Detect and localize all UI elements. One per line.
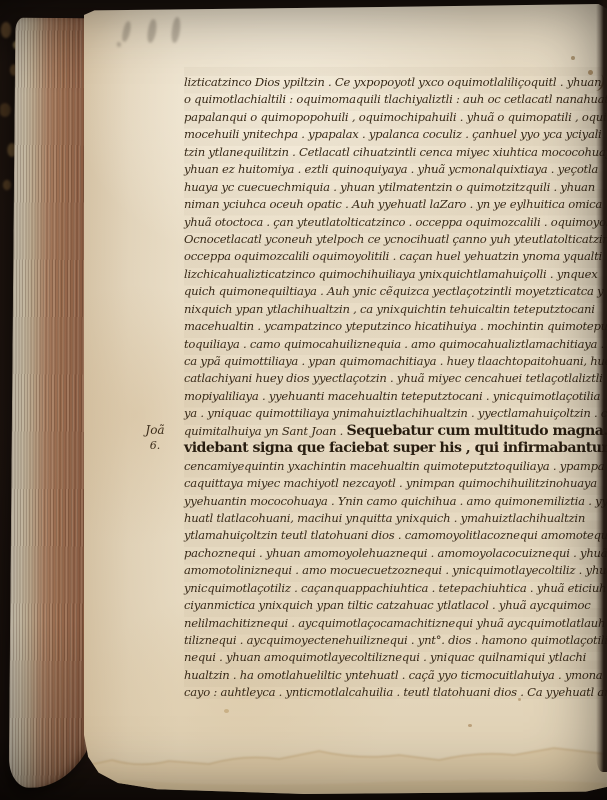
- manuscript-line: nixquich ypan ytlachihualtzin , ca ynixq…: [184, 298, 607, 315]
- manuscript-line: nelilmachitiznequi . aycquimotlaçocamach…: [184, 612, 607, 629]
- manuscript-line: cayo : auhtleyca . ynticmotlalcahuilia .…: [184, 681, 607, 698]
- nahuatl-text-segment: ynicquimotlaçotiliz . caçanquappachiuhti…: [184, 581, 607, 595]
- manuscript-line: o quimotlachialtili : oquimomaquili tlac…: [184, 88, 607, 105]
- nahuatl-text-segment: mopiyaliliaya . yyehuanti macehualtin te…: [184, 389, 600, 403]
- manuscript-line: catlachiyani huey dios yyectlaçotzin . y…: [184, 367, 607, 384]
- page-curl-shadow: [596, 0, 607, 772]
- manuscript-line: mopiyaliliaya . yyehuanti macehualtin te…: [184, 385, 607, 402]
- margin-note-number: 6.: [132, 438, 178, 453]
- foxing-speck: [468, 724, 472, 727]
- nahuatl-text-segment: amomotoliniznequi . amo mocuecuetzoznequ…: [184, 563, 607, 577]
- nahuatl-text-segment: hualtzin . ha omotlahueliltic yntehuatl …: [184, 668, 602, 682]
- nahuatl-text-segment: cencamiyequintin yxachintin macehualtin …: [184, 459, 604, 473]
- manuscript-line: yyehuantin mococohuaya . Ynin camo quich…: [184, 490, 607, 507]
- nahuatl-text-segment: quimitalhuiya yn Sant Joan .: [184, 424, 347, 438]
- nahuatl-text-segment: tzin ytlanequilitzin . Cetlacatl cihuatz…: [184, 145, 607, 159]
- nahuatl-text-segment: lizticatzinco Dios ypiltzin . Ce yxpopoy…: [184, 75, 601, 89]
- nahuatl-text-segment: huaya yc cuecuechmiquia . yhuan ytilmate…: [184, 180, 595, 194]
- manuscript-line: nequi . yhuan amoquimotlayecoltiliznequi…: [184, 646, 607, 663]
- manuscript-page: Joã 6. lizticatzinco Dios ypiltzin . Ce …: [84, 4, 607, 794]
- nahuatl-text-segment: Ocnocetlacatl yconeuh ytelpoch ce ycnoci…: [184, 232, 607, 246]
- nahuatl-text-segment: yhuã otoctoca . çan yteutlatolticatzinco…: [184, 215, 607, 229]
- manuscript-line: yhuan ez huitomiya . eztli quinoquiyaya …: [184, 158, 607, 175]
- manuscript-line: occeppa oquimozcalili oquimoyolitili . c…: [184, 245, 607, 262]
- ink-smudge: [170, 17, 182, 44]
- manuscript-line: huaya yc cuecuechmiquia . yhuan ytilmate…: [184, 176, 607, 193]
- nahuatl-text-segment: nixquich ypan ytlachihualtzin , ca ynixq…: [184, 302, 595, 316]
- manuscript-line: mocehuili ynitechpa . ypapalax . ypalanc…: [184, 123, 607, 140]
- manuscript-line: lizchicahualizticatzinco quimochihuiliay…: [184, 263, 607, 280]
- nahuatl-text-segment: toquiliaya . camo quimocahuiliznequia . …: [184, 337, 604, 351]
- nahuatl-text-segment: caquittaya miyec machiyotl nezcayotl . y…: [184, 476, 597, 490]
- nahuatl-text-segment: cayo : auhtleyca . ynticmotlalcahuilia .…: [184, 685, 607, 699]
- manuscript-line: yhuã otoctoca . çan yteutlatolticatzinco…: [184, 211, 607, 228]
- nahuatl-text-segment: ciyanmictica ynixquich ypan tiltic catza…: [184, 598, 591, 612]
- nahuatl-text-segment: catlachiyani huey dios yyectlaçotzin . y…: [184, 371, 607, 385]
- foxing-speck: [224, 709, 229, 713]
- ink-smudge: [146, 18, 158, 43]
- nahuatl-text-segment: nelilmachitiznequi . aycquimotlaçocamach…: [184, 616, 605, 630]
- manuscript-line: tzin ytlanequilitzin . Cetlacatl cihuatz…: [184, 141, 607, 158]
- nahuatl-text-segment: macehualtin . ycampatzinco yteputzinco h…: [184, 319, 607, 333]
- manuscript-line: lizticatzinco Dios ypiltzin . Ce yxpopoy…: [184, 71, 607, 88]
- nahuatl-text-segment: occeppa oquimozcalili oquimoyolitili . c…: [184, 249, 602, 263]
- manuscript-line: tiliznequi . aycquimoyectenehuiliznequi …: [184, 629, 607, 646]
- nahuatl-text-segment: lizchicahualizticatzinco quimochihuiliay…: [184, 267, 598, 281]
- nahuatl-text-segment: huatl tlatlacohuani, macihui ynquitta yn…: [184, 511, 585, 525]
- margin-note-ref: Joã: [145, 423, 164, 437]
- manuscript-line: quich quimonequiltiaya . Auh ynic cẽquiz…: [184, 280, 607, 297]
- manuscript-line: papalanqui o quimopopohuili , oquimochip…: [184, 106, 607, 123]
- manuscript-line: Ocnocetlacatl yconeuh ytelpoch ce ycnoci…: [184, 228, 607, 245]
- nahuatl-text-segment: o quimotlachialtili : oquimomaquili tlac…: [184, 92, 607, 106]
- nahuatl-text-segment: quich quimonequiltiaya . Auh ynic cẽquiz…: [184, 284, 603, 298]
- manuscript-photo: Joã 6. lizticatzinco Dios ypiltzin . Ce …: [0, 0, 607, 800]
- nahuatl-text-segment: papalanqui o quimopopohuili , oquimochip…: [184, 110, 606, 124]
- manuscript-line: macehualtin . ycampatzinco yteputzinco h…: [184, 315, 607, 332]
- nahuatl-text-segment: niman yciuhca oceuh opatic . Auh yyehuat…: [184, 197, 602, 211]
- nahuatl-text-segment: pachoznequi . yhuan amomoyolehuaznequi .…: [184, 546, 607, 560]
- foxing-speck: [571, 56, 575, 60]
- latin-quote-segment: videbant signa que faciebat super his , …: [184, 440, 607, 456]
- nahuatl-text-segment: mocehuili ynitechpa . ypapalax . ypalanc…: [184, 127, 602, 141]
- manuscript-line: niman yciuhca oceuh opatic . Auh yyehuat…: [184, 193, 607, 210]
- nahuatl-text-segment: ya . yniquac quimottiliaya ynimahuiztlac…: [184, 406, 607, 420]
- manuscript-line: pachoznequi . yhuan amomoyolehuaznequi .…: [184, 542, 607, 559]
- manuscript-line: hualtzin . ha omotlahueliltic yntehuatl …: [184, 664, 607, 681]
- manuscript-line: huatl tlatlacohuani, macihui ynquitta yn…: [184, 507, 607, 524]
- nahuatl-text-segment: ytlamahuiçoltzin teutl tlatohuani dios .…: [184, 528, 607, 542]
- manuscript-line: ya . yniquac quimottiliaya ynimahuiztlac…: [184, 402, 607, 419]
- manuscript-line: ciyanmictica ynixquich ypan tiltic catza…: [184, 594, 607, 611]
- manuscript-line: videbant signa que faciebat super his , …: [184, 437, 607, 454]
- manuscript-line: ca ypã quimottiliaya . ypan quimomachiti…: [184, 350, 607, 367]
- manuscript-line: ynicquimotlaçotiliz . caçanquappachiuhti…: [184, 577, 607, 594]
- water-stain: [84, 736, 607, 794]
- text-block: lizticatzinco Dios ypiltzin . Ce yxpopoy…: [184, 71, 607, 699]
- nahuatl-text-segment: tiliznequi . aycquimoyectenehuiliznequi …: [184, 633, 607, 647]
- nahuatl-text-segment: yhuan ez huitomiya . eztli quinoquiyaya …: [184, 162, 598, 176]
- manuscript-line: ytlamahuiçoltzin teutl tlatohuani dios .…: [184, 524, 607, 541]
- nahuatl-text-segment: nequi . yhuan amoquimotlayecoltiliznequi…: [184, 650, 586, 664]
- manuscript-line: cencamiyequintin yxachintin macehualtin …: [184, 455, 607, 472]
- nahuatl-text-segment: yyehuantin mococohuaya . Ynin camo quich…: [184, 494, 607, 508]
- manuscript-line: toquiliaya . camo quimocahuiliznequia . …: [184, 333, 607, 350]
- manuscript-line: quimitalhuiya yn Sant Joan . Sequebatur …: [184, 420, 607, 437]
- manuscript-line: caquittaya miyec machiyotl nezcayotl . y…: [184, 472, 607, 489]
- ink-smudge: [117, 42, 121, 47]
- margin-note: Joã 6.: [132, 423, 178, 453]
- manuscript-line: amomotoliniznequi . amo mocuecuetzoznequ…: [184, 559, 607, 576]
- nahuatl-text-segment: ca ypã quimottiliaya . ypan quimomachiti…: [184, 354, 607, 368]
- ink-smudge: [121, 20, 133, 42]
